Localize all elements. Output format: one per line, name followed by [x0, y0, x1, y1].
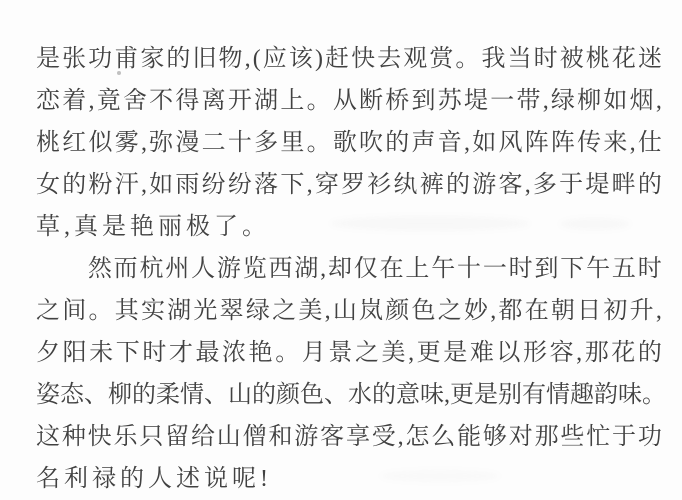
text-line: 草,真是艳丽极了。 [36, 206, 662, 248]
paragraph-1: 是张功甫家的旧物,(应该)赶快去观赏。我当时被桃花迷 恋着,竟舍不得离开湖上。从… [36, 38, 662, 248]
text-line: 桃红似雾,弥漫二十多里。歌吹的声音,如风阵阵传来,仕 [36, 122, 662, 164]
text-line: 名利禄的人述说呢! [36, 458, 662, 500]
text-line: 是张功甫家的旧物,(应该)赶快去观赏。我当时被桃花迷 [36, 38, 662, 80]
text-line: 姿态、柳的柔情、山的颜色、水的意味,更是别有情趣韵味。 [36, 374, 662, 416]
scanned-document-page: 是张功甫家的旧物,(应该)赶快去观赏。我当时被桃花迷 恋着,竟舍不得离开湖上。从… [0, 0, 682, 500]
text-line: 这种快乐只留给山僧和游客享受,怎么能够对那些忙于功 [36, 416, 662, 458]
text-line: 然而杭州人游览西湖,却仅在上午十一时到下午五时 [36, 248, 662, 290]
text-line: 恋着,竟舍不得离开湖上。从断桥到苏堤一带,绿柳如烟, [36, 80, 662, 122]
text-line: 夕阳未下时才最浓艳。月景之美,更是难以形容,那花的 [36, 332, 662, 374]
paragraph-2: 然而杭州人游览西湖,却仅在上午十一时到下午五时 之间。其实湖光翠绿之美,山岚颜色… [36, 248, 662, 500]
text-block: 是张功甫家的旧物,(应该)赶快去观赏。我当时被桃花迷 恋着,竟舍不得离开湖上。从… [36, 38, 662, 500]
text-line: 之间。其实湖光翠绿之美,山岚颜色之妙,都在朝日初升, [36, 290, 662, 332]
text-line: 女的粉汗,如雨纷纷落下,穿罗衫纨裤的游客,多于堤畔的 [36, 164, 662, 206]
